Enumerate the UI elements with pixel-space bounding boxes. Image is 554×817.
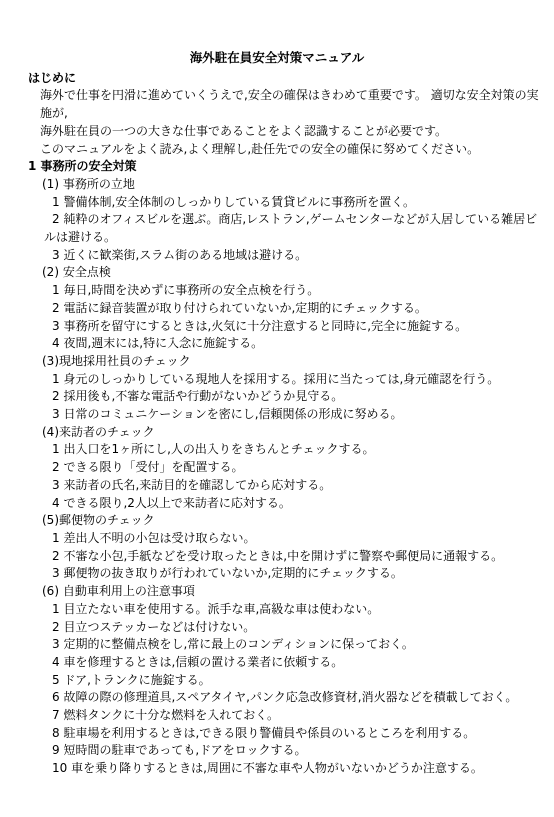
list-item: 1 差出人不明の小包は受け取らない。	[44, 530, 554, 548]
list-item: 3 郵便物の抜き取りが行われていないか,定期的にチェックする。	[44, 565, 554, 583]
subsection-label: (5)郵便物のチェック	[42, 512, 554, 530]
list-item: 9 短時間の駐車であっても,ドアをロックする。	[44, 742, 554, 760]
list-item: 2 電話に録音装置が取り付けられていないか,定期的にチェックする。	[44, 300, 554, 318]
subsection-label: (6) 自動車利用上の注意事項	[42, 583, 554, 601]
list-item: 5 ドア,トランクに施錠する。	[44, 672, 554, 690]
intro-heading: はじめに	[28, 70, 554, 88]
list-item: 4 車を修理するときは,信頼の置ける業者に依頼する。	[44, 654, 554, 672]
list-item: 3 事務所を留守にするときは,火気に十分注意すると同時に,完全に施錠する。	[44, 318, 554, 336]
document-page: 海外駐在員安全対策マニュアル はじめに 海外で仕事を円滑に進めていくうえで,安全…	[0, 0, 554, 817]
list-item: 1 目立たない車を使用する。派手な車,高級な車は使わない。	[44, 601, 554, 619]
list-item: 3 定期的に整備点検をし,常に最上のコンディションに保っておく。	[44, 636, 554, 654]
list-item: 1 毎日,時間を決めずに事務所の安全点検を行う。	[44, 282, 554, 300]
list-item: 1 身元のしっかりしている現地人を採用する。採用に当たっては,身元確認を行う。	[44, 371, 554, 389]
list-item: 4 夜間,週末には,特に入念に施錠する。	[44, 335, 554, 353]
list-item: 4 できる限り,2人以上で来訪者に応対する。	[44, 495, 554, 513]
page-title: 海外駐在員安全対策マニュアル	[0, 49, 554, 67]
list-item: 10 車を乗り降りするときは,周囲に不審な車や人物がいないかどうか注意する。	[44, 760, 554, 778]
subsection-label: (2) 安全点検	[42, 264, 554, 282]
list-item: 6 故障の際の修理道具,スペアタイヤ,パンク応急改修資材,消火器などを積載してお…	[44, 689, 554, 707]
section-heading-office-safety: 1 事務所の安全対策	[28, 158, 554, 176]
list-item: 2 できる限り「受付」を配置する。	[44, 459, 554, 477]
list-item: 1 警備体制,安全体制のしっかりしている賃貸ビルに事務所を置く。	[44, 194, 554, 212]
subsection-label: (3)現地採用社員のチェック	[42, 353, 554, 371]
list-item: 3 日常のコミュニケーションを密にし,信頼関係の形成に努める。	[44, 406, 554, 424]
list-item: 8 駐車場を利用するときは,できる限り警備員や係員のいるところを利用する。	[44, 725, 554, 743]
list-item: 1 出入口を1ヶ所にし,人の出入りをきちんとチェックする。	[44, 441, 554, 459]
intro-line: このマニュアルをよく読み,よく理解し,赴任先での安全の確保に努めてください。	[40, 141, 554, 159]
list-item: 2 不審な小包,手紙などを受け取ったときは,中を開けずに警察や郵便局に通報する。	[44, 548, 554, 566]
list-item: 3 近くに歓楽街,スラム街のある地域は避ける。	[44, 247, 554, 265]
subsection-label: (1) 事務所の立地	[42, 176, 554, 194]
list-item: 3 来訪者の氏名,来訪目的を確認してから応対する。	[44, 477, 554, 495]
subsection-label: (4)来訪者のチェック	[42, 424, 554, 442]
list-item: 2 採用後も,不審な電話や行動がないかどうか見守る。	[44, 388, 554, 406]
list-item: 2 純粋のオフィスビルを選ぶ。商店,レストラン,ゲームセンターなどが入居している…	[44, 211, 554, 246]
intro-line: 海外駐在員の一つの大きな仕事であることをよく認識することが必要です。	[40, 123, 554, 141]
list-item: 7 燃料タンクに十分な燃料を入れておく。	[44, 707, 554, 725]
list-item: 2 目立つステッカーなどは付けない。	[44, 619, 554, 637]
intro-line: 海外で仕事を円滑に進めていくうえで,安全の確保はきわめて重要です。 適切な安全対…	[40, 87, 554, 122]
